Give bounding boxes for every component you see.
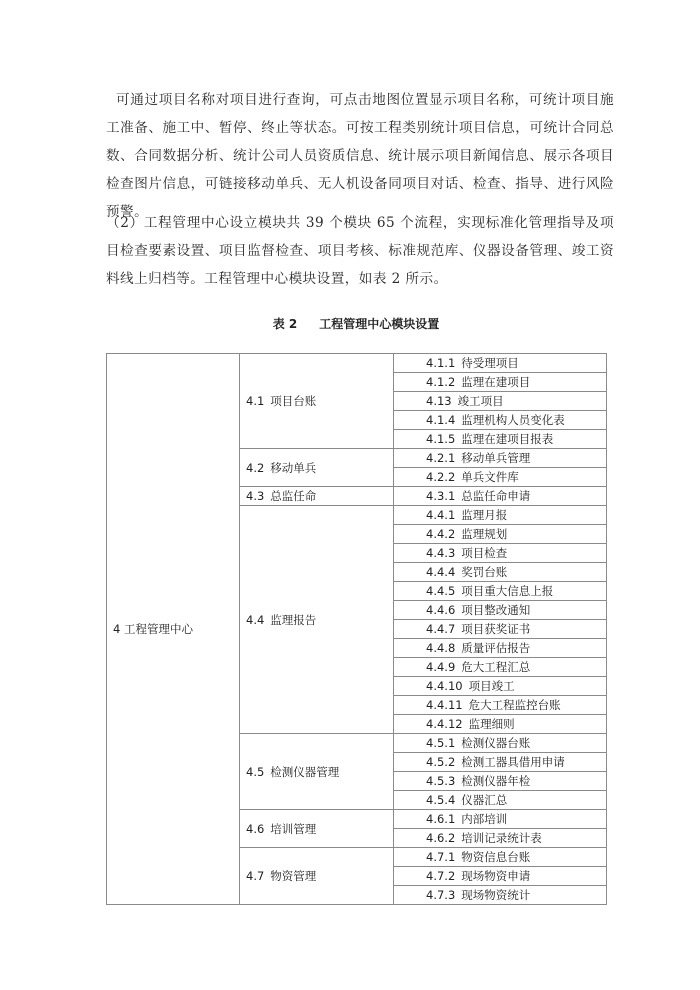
process-item-cell: 4.4.3项目检查 [394, 544, 607, 563]
item-code: 4.5.3 [426, 774, 455, 788]
item-name: 奖罚台账 [461, 565, 507, 579]
module-summary-paragraph: （2）工程管理中心设立模块共 39 个模块 65 个流程，实现标准化管理指导及项… [106, 209, 614, 293]
item-name: 危大工程监控台账 [469, 698, 561, 712]
process-item-cell: 4.4.9危大工程汇总 [394, 658, 607, 677]
process-item-cell: 4.4.12监理细则 [394, 715, 607, 734]
process-item-cell: 4.1.4监理机构人员变化表 [394, 411, 607, 430]
module-group-cell: 4.5检测仪器管理 [240, 734, 394, 810]
item-name: 检测工器具借用申请 [461, 755, 565, 769]
item-code: 4.4.6 [426, 603, 455, 617]
item-name: 项目重大信息上报 [461, 584, 553, 598]
item-code: 4.4.7 [426, 622, 455, 636]
item-name: 监理在建项目 [461, 375, 530, 389]
table-title: 工程管理中心模块设置 [319, 317, 439, 331]
item-code: 4.7.1 [426, 850, 455, 864]
item-code: 4.1.5 [426, 432, 455, 446]
process-item-cell: 4.5.4仪器汇总 [394, 791, 607, 810]
module-group-cell: 4.3总监任命 [240, 487, 394, 506]
process-item-cell: 4.4.8质量评估报告 [394, 639, 607, 658]
root-module-cell: 4 工程管理中心 [107, 354, 240, 905]
intro-paragraph: 可通过项目名称对项目进行查询，可点击地图位置显示项目名称，可统计项目施工准备、施… [106, 86, 614, 226]
module-group-cell: 4.6培训管理 [240, 810, 394, 848]
process-item-cell: 4.5.2检测工器具借用申请 [394, 753, 607, 772]
item-code: 4.2.1 [426, 451, 455, 465]
item-name: 仪器汇总 [461, 793, 507, 807]
item-code: 4.4.3 [426, 546, 455, 560]
item-name: 项目检查 [461, 546, 507, 560]
process-item-cell: 4.4.4奖罚台账 [394, 563, 607, 582]
process-item-cell: 4.4.1监理月报 [394, 506, 607, 525]
process-item-cell: 4.4.6项目整改通知 [394, 601, 607, 620]
group-name: 检测仪器管理 [270, 765, 339, 779]
item-code: 4.4.5 [426, 584, 455, 598]
item-code: 4.7.3 [426, 888, 455, 902]
item-name: 竣工项目 [458, 394, 504, 408]
item-name: 检测仪器台账 [461, 736, 530, 750]
process-item-cell: 4.4.10项目竣工 [394, 677, 607, 696]
item-code: 4.7.2 [426, 869, 455, 883]
item-name: 物资信息台账 [461, 850, 530, 864]
group-code: 4.2 [246, 461, 264, 475]
process-item-cell: 4.1.2监理在建项目 [394, 373, 607, 392]
module-group-cell: 4.2移动单兵 [240, 449, 394, 487]
item-name: 移动单兵管理 [461, 451, 530, 465]
group-code: 4.6 [246, 822, 264, 836]
item-code: 4.5.1 [426, 736, 455, 750]
item-name: 质量评估报告 [461, 641, 530, 655]
item-code: 4.6.1 [426, 812, 455, 826]
item-code: 4.1.2 [426, 375, 455, 389]
item-name: 项目获奖证书 [461, 622, 530, 636]
module-settings-table: 4 工程管理中心4.1项目台账4.1.1待受理项目4.1.2监理在建项目4.13… [106, 353, 607, 905]
table-row: 4 工程管理中心4.1项目台账4.1.1待受理项目 [107, 354, 607, 373]
group-name: 总监任命 [270, 489, 316, 503]
process-item-cell: 4.4.5项目重大信息上报 [394, 582, 607, 601]
item-name: 单兵文件库 [461, 470, 519, 484]
module-group-cell: 4.1项目台账 [240, 354, 394, 449]
process-item-cell: 4.13竣工项目 [394, 392, 607, 411]
item-code: 4.5.4 [426, 793, 455, 807]
process-item-cell: 4.3.1总监任命申请 [394, 487, 607, 506]
item-name: 现场物资统计 [461, 888, 530, 902]
process-item-cell: 4.2.2单兵文件库 [394, 468, 607, 487]
item-name: 监理规划 [461, 527, 507, 541]
item-code: 4.6.2 [426, 831, 455, 845]
item-code: 4.4.12 [426, 717, 463, 731]
item-name: 监理在建项目报表 [461, 432, 553, 446]
item-name: 监理细则 [469, 717, 515, 731]
item-name: 培训记录统计表 [461, 831, 542, 845]
process-item-cell: 4.5.1检测仪器台账 [394, 734, 607, 753]
process-item-cell: 4.1.1待受理项目 [394, 354, 607, 373]
process-item-cell: 4.1.5监理在建项目报表 [394, 430, 607, 449]
item-code: 4.4.4 [426, 565, 455, 579]
group-name: 移动单兵 [270, 461, 316, 475]
process-item-cell: 4.7.2现场物资申请 [394, 867, 607, 886]
group-name: 培训管理 [270, 822, 316, 836]
process-item-cell: 4.4.2监理规划 [394, 525, 607, 544]
item-code: 4.1.1 [426, 356, 455, 370]
item-name: 检测仪器年检 [461, 774, 530, 788]
item-code: 4.5.2 [426, 755, 455, 769]
item-name: 现场物资申请 [461, 869, 530, 883]
module-group-cell: 4.4监理报告 [240, 506, 394, 734]
item-name: 危大工程汇总 [461, 660, 530, 674]
process-item-cell: 4.6.1内部培训 [394, 810, 607, 829]
table-number: 表 2 [273, 317, 298, 331]
item-code: 4.13 [426, 394, 452, 408]
process-item-cell: 4.5.3检测仪器年检 [394, 772, 607, 791]
item-name: 总监任命申请 [461, 489, 530, 503]
group-name: 项目台账 [270, 394, 316, 408]
item-code: 4.4.1 [426, 508, 455, 522]
group-name: 物资管理 [270, 869, 316, 883]
item-code: 4.4.2 [426, 527, 455, 541]
group-code: 4.5 [246, 765, 264, 779]
process-item-cell: 4.7.3现场物资统计 [394, 886, 607, 905]
process-item-cell: 4.6.2培训记录统计表 [394, 829, 607, 848]
process-item-cell: 4.7.1物资信息台账 [394, 848, 607, 867]
process-item-cell: 4.4.11危大工程监控台账 [394, 696, 607, 715]
item-name: 项目竣工 [469, 679, 515, 693]
module-group-cell: 4.7物资管理 [240, 848, 394, 905]
group-code: 4.3 [246, 489, 264, 503]
item-name: 项目整改通知 [461, 603, 530, 617]
item-code: 4.2.2 [426, 470, 455, 484]
process-item-cell: 4.2.1移动单兵管理 [394, 449, 607, 468]
process-item-cell: 4.4.7项目获奖证书 [394, 620, 607, 639]
item-code: 4.4.8 [426, 641, 455, 655]
item-name: 待受理项目 [461, 356, 519, 370]
item-name: 监理机构人员变化表 [461, 413, 565, 427]
item-code: 4.3.1 [426, 489, 455, 503]
item-name: 监理月报 [461, 508, 507, 522]
item-code: 4.1.4 [426, 413, 455, 427]
group-code: 4.1 [246, 394, 264, 408]
item-code: 4.4.9 [426, 660, 455, 674]
group-code: 4.4 [246, 613, 264, 627]
group-name: 监理报告 [270, 613, 316, 627]
item-code: 4.4.11 [426, 698, 463, 712]
item-name: 内部培训 [461, 812, 507, 826]
item-code: 4.4.10 [426, 679, 463, 693]
group-code: 4.7 [246, 869, 264, 883]
table-caption: 表 2工程管理中心模块设置 [0, 315, 700, 332]
